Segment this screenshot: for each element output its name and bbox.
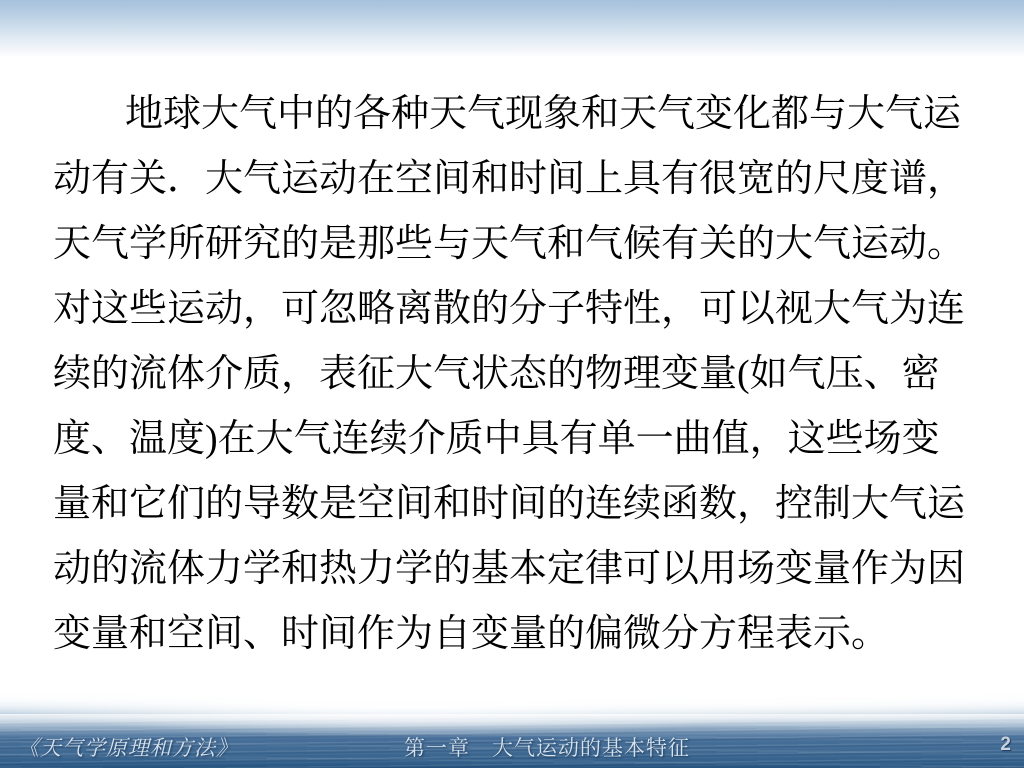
text-line: 对这些运动，可忽略离散的分子特性，可以视大气为连 xyxy=(53,277,973,342)
text-line: 变量和空间、时间作为自变量的偏微分方程表示。 xyxy=(53,602,973,667)
slide-body-paragraph: 地球大气中的各种天气现象和天气变化都与大气运 动有关．大气运动在空间和时间上具有… xyxy=(53,82,973,667)
text-line: 度、温度)在大气连续介质中具有单一曲值，这些场变 xyxy=(53,407,973,472)
footer-ocean-bar: 《天气学原理和方法》 第一章 大气运动的基本特征 2 xyxy=(0,690,1024,768)
text-line: 地球大气中的各种天气现象和天气变化都与大气运 xyxy=(53,82,973,147)
text-line: 续的流体介质，表征大气状态的物理变量(如气压、密 xyxy=(53,342,973,407)
page-number: 2 xyxy=(1000,734,1011,756)
ocean-mist-overlay xyxy=(0,690,1024,738)
presentation-slide: 地球大气中的各种天气现象和天气变化都与大气运 动有关．大气运动在空间和时间上具有… xyxy=(0,0,1024,768)
footer-book-title: 《天气学原理和方法》 xyxy=(18,732,238,762)
text-line: 量和它们的导数是空间和时间的连续函数，控制大气运 xyxy=(53,472,973,537)
text-line: 天气学所研究的是那些与天气和气候有关的大气运动。 xyxy=(53,212,973,277)
footer-text-row: 《天气学原理和方法》 第一章 大气运动的基本特征 2 xyxy=(0,732,1024,758)
top-gradient-bar xyxy=(0,0,1024,58)
text-line: 动的流体力学和热力学的基本定律可以用场变量作为因 xyxy=(53,537,973,602)
footer-chapter-title: 第一章 大气运动的基本特征 xyxy=(404,732,690,762)
text-line: 动有关．大气运动在空间和时间上具有很宽的尺度谱， xyxy=(53,147,973,212)
